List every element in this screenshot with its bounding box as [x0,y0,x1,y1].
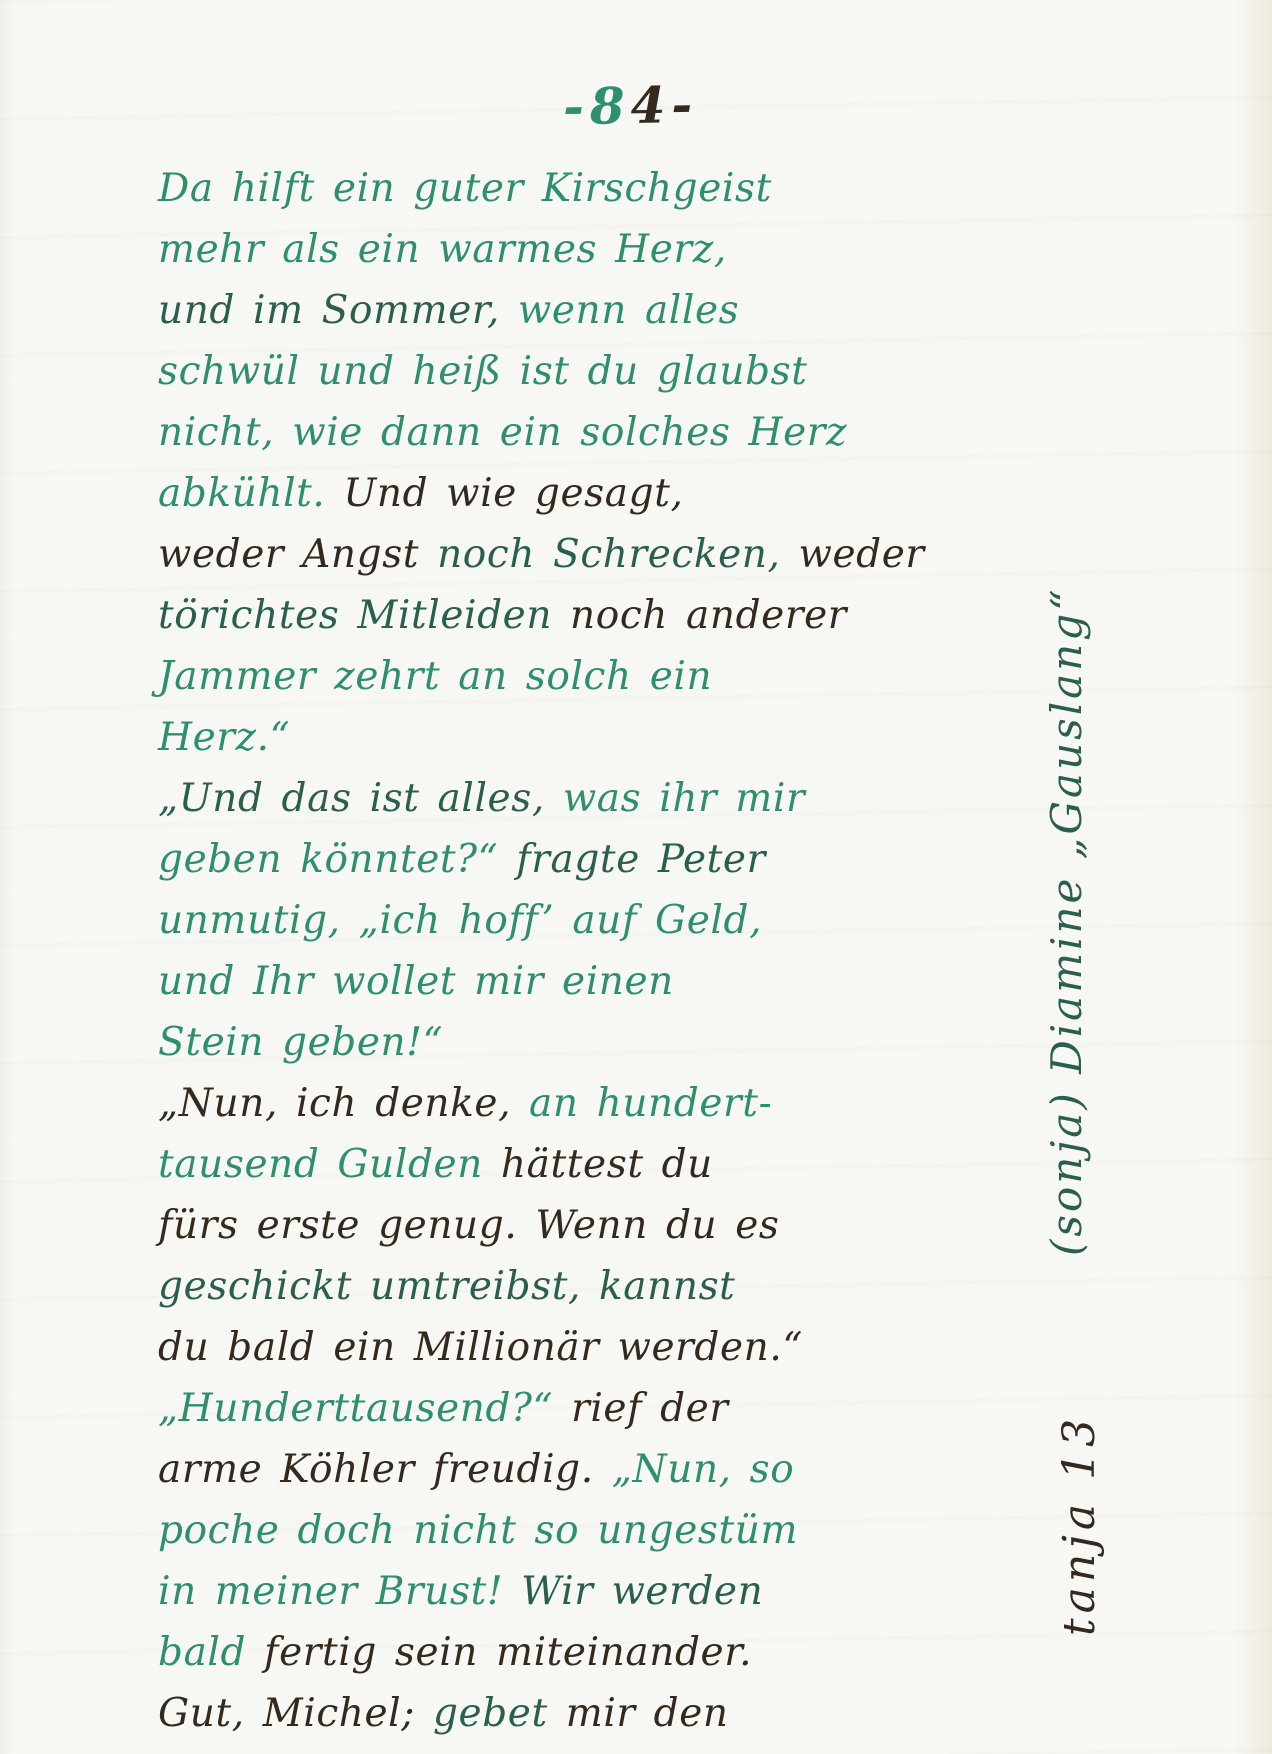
handwriting-segment: arme Köhler freudig. [158,1447,594,1492]
handwriting-segment: weder [781,532,925,577]
handwriting-segment: Und wie gesagt, [325,471,683,516]
handwriting-segment: mir den [548,1691,729,1736]
handwriting-line: nicht, wie dann ein solches Herz [158,402,1058,463]
handwriting-line: schwül und heiß ist du glaubst [158,341,1058,402]
handwriting-segment: bald [158,1630,246,1675]
handwriting-line: geschickt umtreibst, kannst [158,1256,1058,1317]
handwriting-segment: noch anderer [552,593,847,638]
handwriting-segment: Gut, Michel; [158,1691,415,1736]
handwriting-segment: abkühlt. [158,471,325,516]
handwriting-line: „Nun, ich denke, an hundert- [158,1073,1058,1134]
handwriting-line: „Hunderttausend?“ rief der [158,1378,1058,1439]
handwriting-line: Gut, Michel; gebet mir den [158,1683,1058,1744]
handwriting-segment: „Nun, ich denke, [158,1081,511,1126]
handwriting-segment: törichtes Mitleiden [158,593,552,638]
handwriting-segment: noch Schrecken, [419,532,780,577]
handwriting-segment: was ihr mir [545,776,805,821]
handwriting-line: du bald ein Millionär werden.“ [158,1317,1058,1378]
handwriting-segment: rief der [553,1386,729,1431]
handwriting-line: unmutig, „ich hoff’ auf Geld, [158,890,1058,951]
margin-note-signature: tanja 13 [1054,1414,1105,1636]
handwriting-line: mehr als ein warmes Herz, [158,219,1058,280]
page-number-segment: 4- [630,75,699,135]
handwriting-segment: weder Angst [158,532,419,577]
handwriting-line: tausend Gulden hättest du [158,1134,1058,1195]
handwriting-line: abkühlt. Und wie gesagt, [158,463,1058,524]
handwriting-segment: und im Sommer, [158,288,500,333]
handwriting-segment: tausend Gulden [158,1142,483,1187]
handwriting-line: Herz.“ [158,707,1058,768]
handwriting-line: in meiner Brust! Wir werden [158,1561,1058,1622]
handwriting-segment: Wir werden [503,1569,763,1614]
handwriting-line: Stein geben!“ [158,1012,1058,1073]
handwriting-line: fürs erste genug. Wenn du es [158,1195,1058,1256]
handwriting-line: Jammer zehrt an solch ein [158,646,1058,707]
handwriting-segment: fürs erste genug. Wenn du es [158,1203,780,1248]
handwriting-segment: hättest du [483,1142,713,1187]
handwriting-segment: „Und das ist alles, [158,776,545,821]
handwriting-line: „Und das ist alles, was ihr mir [158,768,1058,829]
handwriting-segment: nicht, wie dann ein solches Herz [158,410,847,455]
handwriting-segment: wenn alles [500,288,739,333]
handwriting-line: geben könntet?“ fragte Peter [158,829,1058,890]
handwriting-segment: geben könntet?“ [158,837,498,882]
handwriting-segment: Stein geben!“ [158,1020,443,1065]
handwriting-segment: Da hilft ein guter Kirschgeist [158,166,772,211]
handwriting-segment: an hundert- [511,1081,772,1126]
manuscript-page: -84- Da hilft ein guter Kirschgeistmehr … [0,0,1272,1754]
page-number-segment: -8 [563,76,632,136]
handwriting-segment: fertig sein miteinander. [246,1630,752,1675]
handwriting-line: bald fertig sein miteinander. [158,1622,1058,1683]
handwriting-line: Da hilft ein guter Kirschgeist [158,158,1058,219]
handwriting-segment: gebet [415,1691,548,1736]
handwriting-segment: schwül und heiß ist du glaubst [158,349,808,394]
handwriting-segment: fragte Peter [498,837,766,882]
handwriting-text-block: Da hilft ein guter Kirschgeistmehr als e… [158,158,1058,1744]
handwriting-segment: „Nun, so [594,1447,795,1492]
handwriting-line: arme Köhler freudig. „Nun, so [158,1439,1058,1500]
handwriting-segment: du bald ein Millionär werden.“ [158,1325,803,1370]
margin-note-ink: (sonja) Diamine „Gauslang“ [1042,586,1091,1256]
handwriting-line: törichtes Mitleiden noch anderer [158,585,1058,646]
handwriting-segment: Jammer zehrt an solch ein [158,654,712,699]
handwriting-segment: Herz.“ [158,715,290,760]
handwriting-line: und im Sommer, wenn alles [158,280,1058,341]
handwriting-segment: geschickt umtreibst, kannst [158,1264,735,1309]
handwriting-segment: mehr als ein warmes Herz, [158,227,727,272]
handwriting-segment: in meiner Brust! [158,1569,503,1614]
handwriting-line: poche doch nicht so ungestüm [158,1500,1058,1561]
handwriting-segment: und Ihr wollet mir einen [158,959,674,1004]
handwriting-line: und Ihr wollet mir einen [158,951,1058,1012]
page-number: -84- [563,75,699,136]
handwriting-line: weder Angst noch Schrecken, weder [158,524,1058,585]
handwriting-segment: poche doch nicht so ungestüm [158,1508,798,1553]
handwriting-segment: unmutig, „ich hoff’ auf Geld, [158,898,762,943]
handwriting-segment: „Hunderttausend?“ [158,1386,553,1431]
